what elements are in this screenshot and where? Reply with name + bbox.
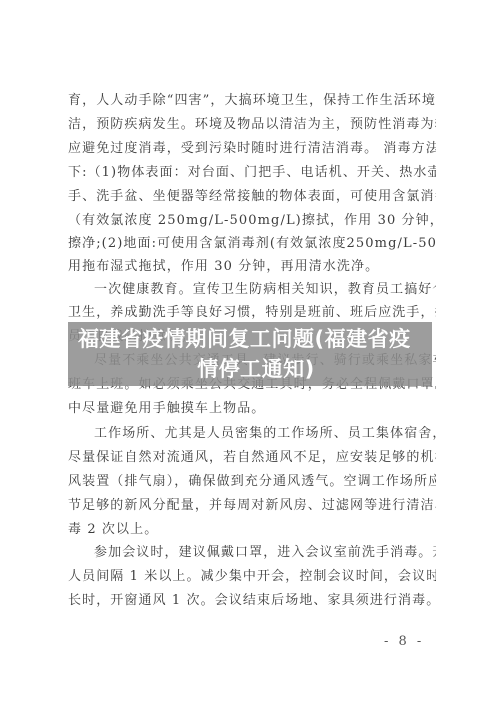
text-line: 毒 2 次以上。 — [68, 519, 436, 541]
text-line: 用拖布湿式拖拭，作用 30 分钟，再用清水洗净。 — [68, 256, 436, 278]
paragraph-start-line: 一次健康教育。宣传卫生防病相关知识，教育员工搞好个人 — [68, 279, 436, 301]
overlay-title: 福建省疫情期间复工问题(福建省疫 情停工通知) — [68, 322, 432, 386]
text-line: （有效氯浓度 250mg/L-500mg/L)擦拭，作用 30 分钟，再用清水 — [68, 210, 436, 232]
text-line: 卫生，养成勤洗手等良好习惯，特别是班前、班后应洗手，提高 — [68, 302, 436, 324]
text-line: 应避免过度消毒，受到污染时随时进行清洁消毒。 消毒方法如 — [68, 138, 436, 160]
text-line: 擦净;(2)地面:可使用含氯消毒剂(有效氯浓度250mg/L-500mg/L) — [68, 233, 436, 255]
text-line: 洁，预防疾病发生。环境及物品以清洁为主，预防性消毒为辅， — [68, 114, 436, 136]
overlay-title-line-1: 福建省疫情期间复工问题(福建省疫 — [68, 324, 432, 354]
document-page: 育，人人动手除“四害”，大搞环境卫生，保持工作生活环境整 洁，预防疾病发生。环境… — [0, 0, 500, 707]
text-line: 风装置（排气扇），确保做到充分通风透气。空调工作场所应调 — [68, 471, 436, 493]
page-number: - 8 - — [384, 634, 424, 649]
text-line: 长时，开窗通风 1 次。会议结束后场地、家具须进行消毒。茶具 — [68, 590, 436, 612]
text-line: 人员间隔 1 米以上。减少集中开会，控制会议时间，会议时间过 — [68, 566, 436, 588]
paragraph-start-line: 参加会议时，建议佩戴口罩，进入会议室前洗手消毒。开会 — [68, 542, 436, 564]
text-line: 尽量保证自然对流通风，若自然通风不足，应安装足够的机械通 — [68, 447, 436, 469]
overlay-title-line-2: 情停工通知) — [68, 354, 432, 384]
text-line: 育，人人动手除“四害”，大搞环境卫生，保持工作生活环境整 — [68, 90, 436, 112]
paragraph-start-line: 工作场所、尤其是人员密集的工作场所、员工集体宿舍，要 — [68, 423, 436, 445]
text-line: 手、洗手盆、坐便器等经常接触的物体表面，可使用含氯消毒剂 — [68, 186, 436, 208]
text-line: 中尽量避免用手触摸车上物品。 — [68, 398, 436, 420]
text-line: 节足够的新风分配量，并每周对新风房、过滤网等进行清洁、消 — [68, 495, 436, 517]
text-line: 下:（1)物体表面：对台面、门把手、电话机、开关、热水壶把 — [68, 162, 436, 184]
